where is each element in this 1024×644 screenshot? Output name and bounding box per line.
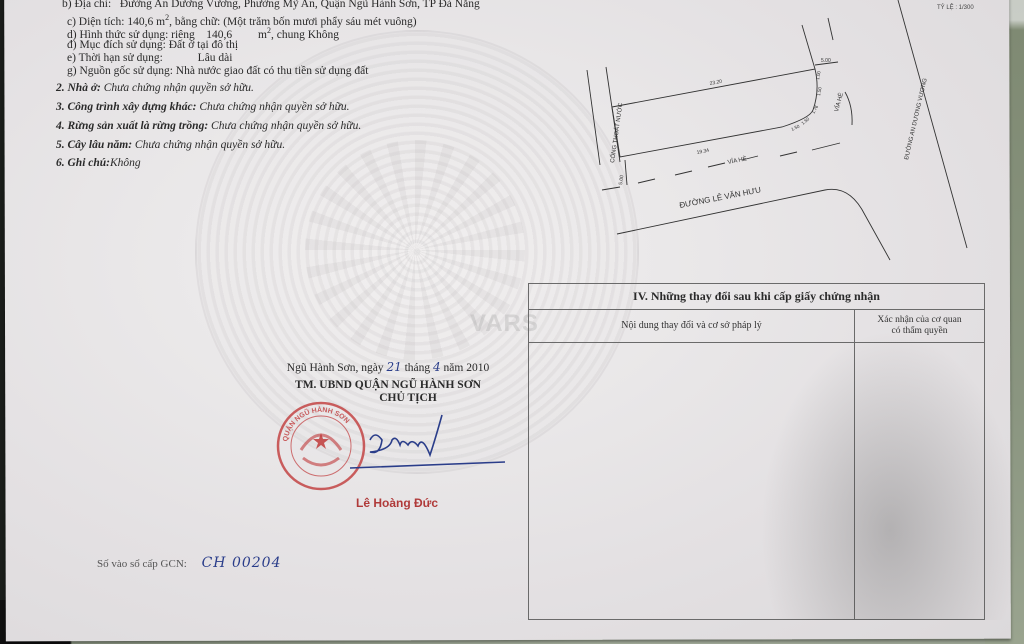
origin-value: Nhà nước giao đất có thu tiền sử dụng đấ… — [176, 65, 369, 77]
section-value: Chưa chứng nhận quyền sở hữu. — [104, 82, 254, 94]
column-header-content: Nội dung thay đổi và cơ sở pháp lý — [529, 310, 855, 342]
section-label: 3. Công trình xây dựng khác: — [56, 101, 196, 113]
date-day: 21 — [386, 360, 401, 374]
origin-label: g) Nguồn gốc sử dụng: — [67, 65, 173, 77]
section-value: Không — [110, 157, 141, 169]
section-value: Chưa chứng nhận quyền sở hữu. — [135, 139, 285, 151]
date-year: năm 2010 — [444, 362, 490, 374]
changes-table-header: Nội dung thay đổi và cơ sở pháp lý Xác n… — [529, 310, 984, 343]
header-line: Xác nhận của cơ quan — [855, 315, 984, 326]
issuing-authority: TM. UBND QUẬN NGŨ HÀNH SƠN — [268, 379, 508, 391]
address-value: Đường An Dương Vương, Phường Mỹ An, Quận… — [120, 0, 480, 10]
content-cell — [529, 343, 855, 620]
origin-line: g) Nguồn gốc sử dụng: Nhà nước giao đất … — [67, 64, 368, 78]
changes-table-body — [529, 343, 984, 620]
section-other-construction: 3. Công trình xây dựng khác: Chưa chứng … — [56, 100, 350, 114]
drain-line — [587, 70, 600, 165]
drain-label: CỐNG THOÁT NƯỚC — [609, 102, 624, 163]
signature-block: Ngũ Hành Sơn, ngày 21 tháng 4 năm 2010 T… — [268, 360, 508, 404]
section-value: Chưa chứng nhận quyền sở hữu. — [211, 120, 361, 132]
land-parcel-map: 23.20 19.34 VỈA HÈ VỈA HÈ ĐƯỜNG LÊ VĂN H… — [520, 0, 985, 270]
purpose-label: đ) Mục đích sử dụng: — [67, 39, 166, 51]
top-edge-length: 23.20 — [709, 79, 723, 87]
sidewalk-bottom-label: VỈA HÈ — [727, 155, 747, 166]
confirmation-cell — [855, 343, 984, 620]
address-label: b) Địa chỉ: — [62, 0, 111, 10]
registry-label: Số vào sổ cấp GCN: — [97, 558, 187, 570]
registry-number: Số vào sổ cấp GCN: CH 00204 — [97, 555, 282, 571]
month-label: tháng — [405, 362, 431, 374]
section-forest: 4. Rừng sản xuất là rừng trồng: Chưa chứ… — [56, 119, 361, 133]
section-label: 4. Rừng sản xuất là rừng trồng: — [56, 120, 208, 132]
registry-value: CH 00204 — [202, 555, 282, 571]
corner-length: 1.50 — [816, 86, 823, 96]
left-offset-length: 5.00 — [618, 175, 625, 186]
unit-label: m — [258, 29, 267, 41]
changes-table-title: IV. Những thay đổi sau khi cấp giấy chứn… — [529, 284, 984, 310]
corner-length: 1.76 — [811, 104, 820, 115]
section-label: 6. Ghi chú: — [56, 157, 110, 169]
header-line: có thẩm quyền — [855, 326, 984, 337]
corner-length: 1.50 — [790, 123, 801, 131]
date-month: 4 — [433, 360, 441, 374]
purpose-value: Đất ở tại đô thị — [169, 39, 238, 51]
signer-name: Lê Hoàng Đức — [356, 496, 438, 510]
corner-length: 1.50 — [800, 116, 810, 126]
signature-icon — [330, 410, 510, 480]
street-right-label: ĐƯỜNG AN DƯƠNG VƯƠNG — [903, 77, 929, 160]
changes-table: IV. Những thay đổi sau khi cấp giấy chứn… — [528, 283, 985, 620]
usage-form-shared: , chung Không — [271, 29, 339, 41]
section-notes: 6. Ghi chú:Không — [56, 156, 141, 170]
section-label: 2. Nhà ở: — [56, 82, 101, 94]
sidewalk-right-label: VỈA HÈ — [833, 92, 845, 112]
column-header-confirmation: Xác nhận của cơ quan có thẩm quyền — [855, 310, 984, 342]
term-label: e) Thời hạn sử dụng: — [67, 52, 163, 64]
section-house: 2. Nhà ở: Chưa chứng nhận quyền sở hữu. — [56, 81, 254, 95]
term-value: Lâu dài — [198, 52, 233, 64]
issue-date: Ngũ Hành Sơn, ngày 21 tháng 4 năm 2010 — [268, 360, 508, 374]
purpose-line: đ) Mục đích sử dụng: Đất ở tại đô thị — [67, 38, 238, 52]
section-value: Chưa chứng nhận quyền sở hữu. — [199, 101, 349, 113]
section-perennial-trees: 5. Cây lâu năm: Chưa chứng nhận quyền sở… — [56, 138, 285, 152]
right-offset-length: 5.00 — [821, 58, 831, 64]
date-prefix: Ngũ Hành Sơn, ngày — [287, 362, 384, 374]
address-line: b) Địa chỉ: Đường An Dương Vương, Phường… — [62, 0, 480, 11]
bottom-edge-length: 19.34 — [696, 148, 710, 156]
term-line: e) Thời hạn sử dụng: Lâu dài — [67, 51, 232, 65]
section-label: 5. Cây lâu năm: — [56, 139, 132, 151]
corner-length: 1.00 — [815, 70, 822, 80]
